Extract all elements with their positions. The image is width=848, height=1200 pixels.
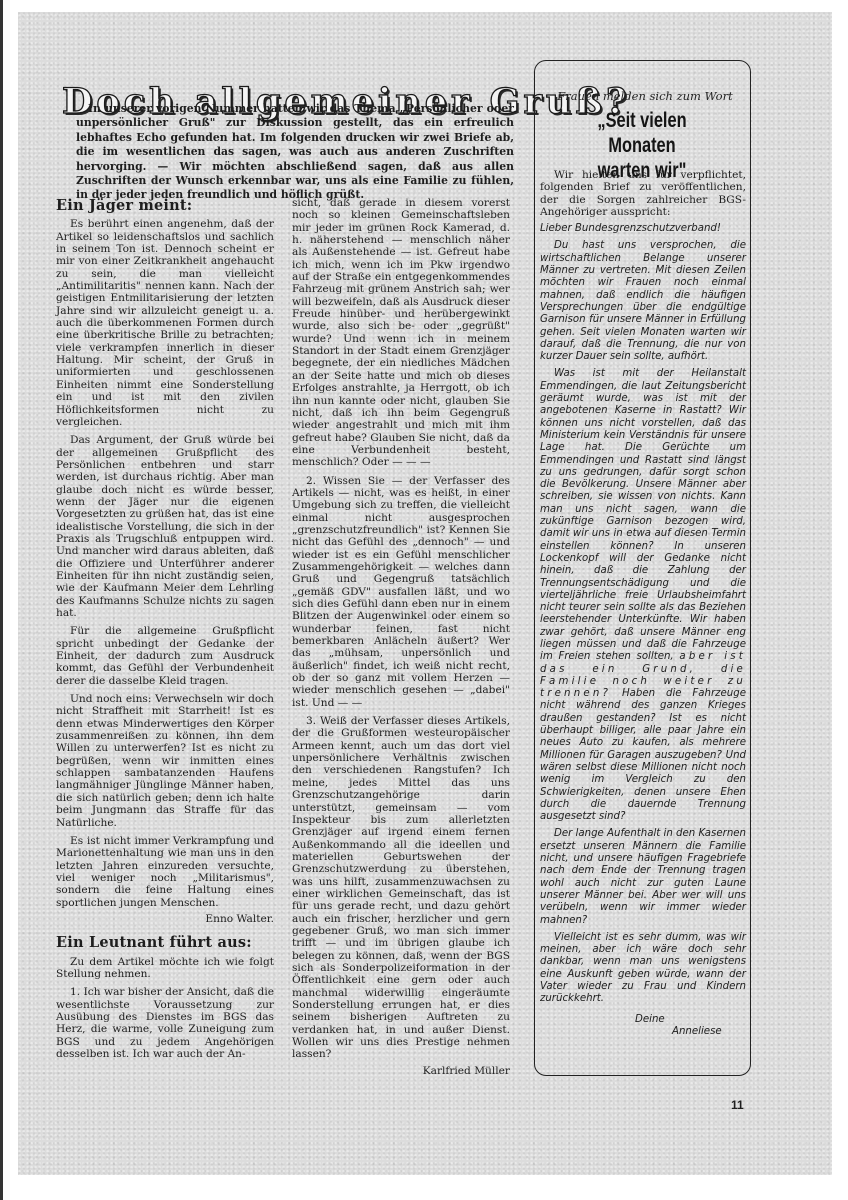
sidebar-signature: Anneliese bbox=[672, 1026, 746, 1038]
sidebar-headline-line1: „Seit vielen Monaten bbox=[562, 108, 721, 158]
page-number: 11 bbox=[731, 1098, 744, 1112]
scan-edge bbox=[0, 0, 3, 1200]
letter2-paragraph: Zu dem Artikel möchte ich wie folgt Stel… bbox=[56, 956, 274, 981]
sidebar-salutation: Lieber Bundesgrenzschutzverband! bbox=[540, 223, 746, 235]
letter1-paragraph: Und noch eins: Verwechseln wir doch nich… bbox=[56, 693, 274, 829]
letter2-paragraph: sicht, daß gerade in diesem vorerst noch… bbox=[292, 197, 510, 469]
sidebar-paragraph: Du hast uns versprochen, die wirtschaftl… bbox=[540, 240, 746, 363]
letter2-heading: Ein Leutnant führt aus: bbox=[56, 937, 274, 949]
letter2-paragraph: 3. Weiß der Verfasser dieses Artikels, d… bbox=[292, 715, 510, 1061]
sidebar-paragraph: Der lange Aufenthalt in den Kasernen ers… bbox=[540, 828, 746, 926]
letter2-paragraph: 1. Ich war bisher der Ansicht, daß die w… bbox=[56, 986, 274, 1060]
sidebar-paragraph-text: Haben die Fahrzeuge nicht während des ga… bbox=[540, 688, 746, 822]
sidebar-lead: Wir hielten uns für verpflichtet, folgen… bbox=[540, 169, 746, 218]
letter1-signature: Enno Walter. bbox=[56, 913, 274, 925]
sidebar-paragraph: Was ist mit der Heilanstalt Emmendingen,… bbox=[540, 368, 746, 823]
column-middle: sicht, daß gerade in diesem vorerst noch… bbox=[292, 197, 510, 1083]
letter1-heading: Ein Jäger meint: bbox=[56, 200, 274, 212]
sidebar-kicker: Frauen melden sich zum Wort bbox=[540, 89, 750, 103]
article-intro: In unserer vorigen Nummer hatten wir das… bbox=[76, 102, 514, 203]
letter1-paragraph: Das Argument, der Gruß würde bei der all… bbox=[56, 434, 274, 619]
sidebar-closing: Deine bbox=[635, 1014, 746, 1026]
letter1-paragraph: Für die allgemeine Grußpflicht spricht u… bbox=[56, 625, 274, 687]
letter1-paragraph: Es berührt einen angenehm, daß der Artik… bbox=[56, 218, 274, 428]
sidebar-body: Wir hielten uns für verpflichtet, folgen… bbox=[540, 169, 746, 1038]
sidebar-paragraph: Vielleicht ist es sehr dumm, was wir mei… bbox=[540, 932, 746, 1006]
letter2-signature: Karlfried Müller bbox=[292, 1065, 510, 1077]
sidebar-paragraph-text: Was ist mit der Heilanstalt Emmendingen,… bbox=[540, 368, 746, 662]
column-left: Ein Jäger meint: Es berührt einen angene… bbox=[56, 200, 274, 1066]
letter1-paragraph: Es ist nicht immer Verkrampfung und Mari… bbox=[56, 835, 274, 909]
letter2-paragraph: 2. Wissen Sie — der Verfasser des Artike… bbox=[292, 475, 510, 710]
